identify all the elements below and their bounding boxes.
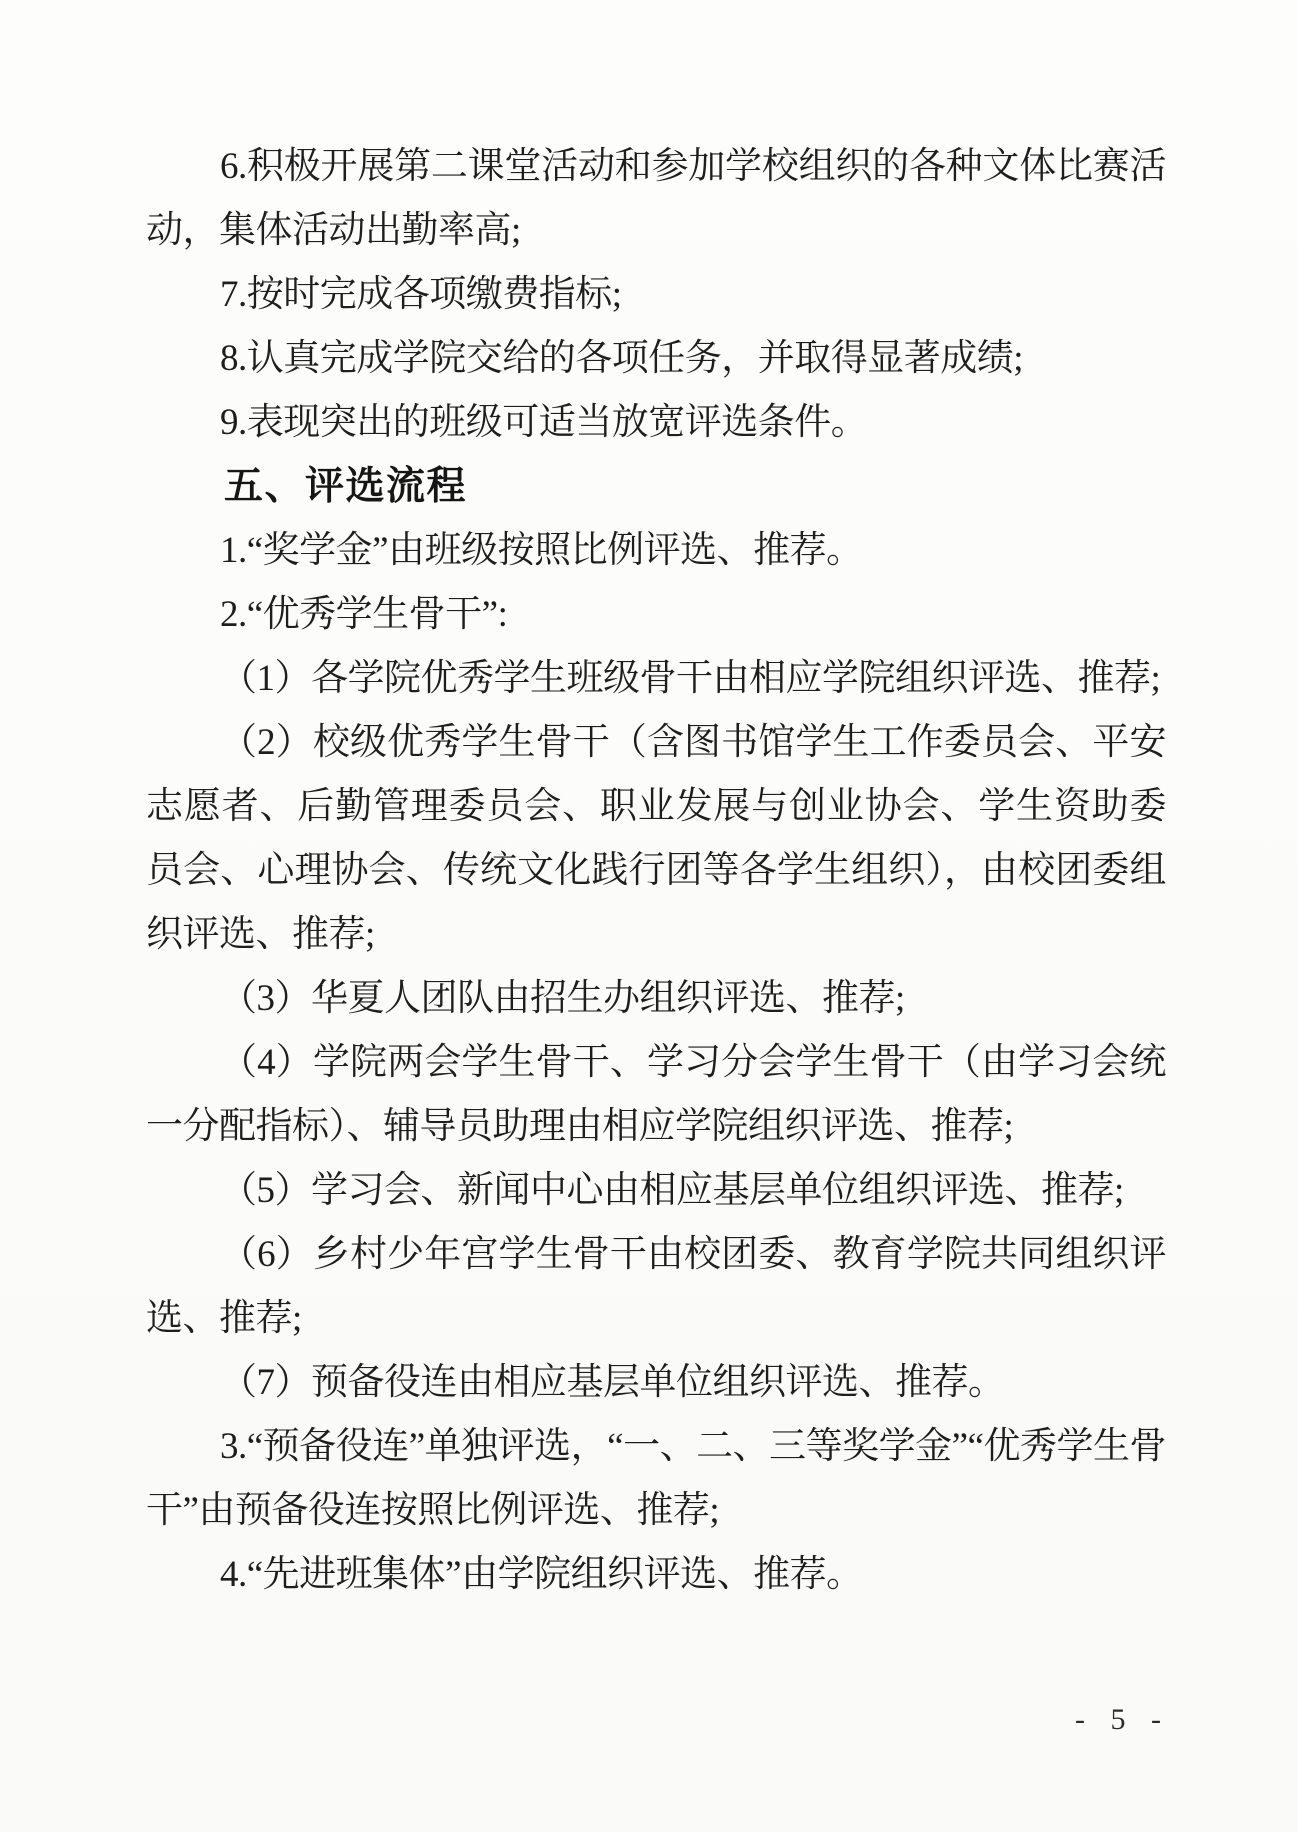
paragraph: 3.“预备役连”单独评选，“一、二、三等奖学金”“优秀学生骨干”由预备役连按照比…	[146, 1415, 1166, 1543]
page-number: - 5 -	[1075, 1700, 1164, 1740]
paragraph: （3）华夏人团队由招生办组织评选、推荐;	[146, 967, 1166, 1031]
paragraph: 7.按时完成各项缴费指标;	[146, 263, 1166, 327]
document-body: 6.积极开展第二课堂活动和参加学校组织的各种文体比赛活动，集体活动出勤率高;7.…	[146, 135, 1166, 1607]
paragraph: 4.“先进班集体”由学院组织评选、推荐。	[146, 1543, 1166, 1607]
document-page: 6.积极开展第二课堂活动和参加学校组织的各种文体比赛活动，集体活动出勤率高;7.…	[0, 0, 1298, 1832]
paragraph: （4）学院两会学生骨干、学习分会学生骨干（由学习会统一分配指标）、辅导员助理由相…	[146, 1031, 1166, 1159]
section-heading: 五、评选流程	[146, 455, 1166, 519]
paragraph: （6）乡村少年宫学生骨干由校团委、教育学院共同组织评选、推荐;	[146, 1223, 1166, 1351]
paragraph: （1）各学院优秀学生班级骨干由相应学院组织评选、推荐;	[146, 647, 1166, 711]
paragraph: （2）校级优秀学生骨干（含图书馆学生工作委员会、平安志愿者、后勤管理委员会、职业…	[146, 711, 1166, 967]
paragraph: （7）预备役连由相应基层单位组织评选、推荐。	[146, 1351, 1166, 1415]
paragraph: 8.认真完成学院交给的各项任务，并取得显著成绩;	[146, 327, 1166, 391]
paragraph: 1.“奖学金”由班级按照比例评选、推荐。	[146, 519, 1166, 583]
paragraph: （5）学习会、新闻中心由相应基层单位组织评选、推荐;	[146, 1159, 1166, 1223]
paragraph: 9.表现突出的班级可适当放宽评选条件。	[146, 391, 1166, 455]
paragraph: 2.“优秀学生骨干”:	[146, 583, 1166, 647]
paragraph: 6.积极开展第二课堂活动和参加学校组织的各种文体比赛活动，集体活动出勤率高;	[146, 135, 1166, 263]
